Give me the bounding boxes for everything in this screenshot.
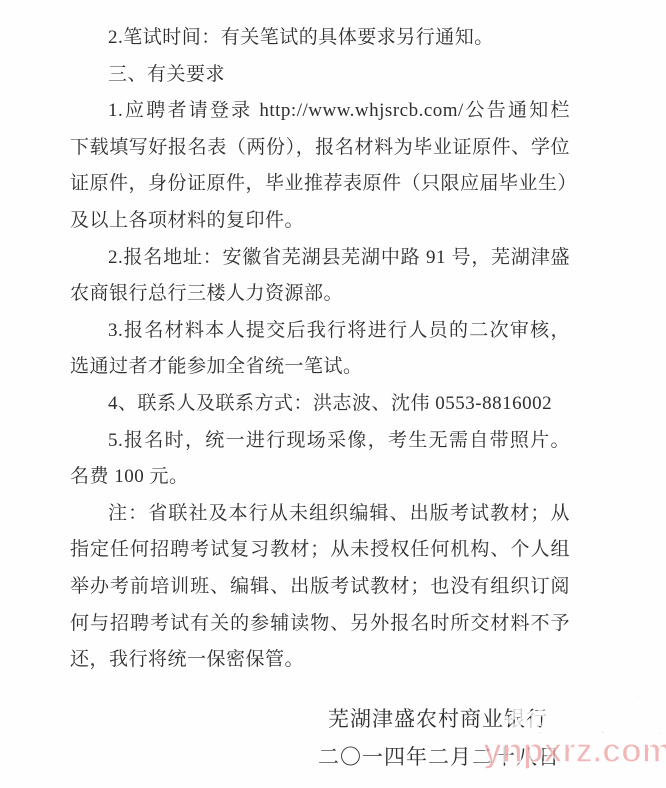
document-line: 农商银行总行三楼人力资源部。 bbox=[70, 276, 570, 313]
document-line: 证原件，身份证原件，毕业推荐表原件（只限应届毕业生） bbox=[70, 166, 570, 203]
document-line: 选通过者才能参加全省统一笔试。 bbox=[70, 349, 570, 386]
document-line: 三、有关要求 bbox=[70, 57, 570, 94]
signature-organization: 芜湖津盛农村商业银行 bbox=[0, 703, 666, 733]
document-line: 举办考前培训班、编辑、出版考试教材；也没有组织订阅任 bbox=[70, 569, 570, 606]
document-body: 2.笔试时间：有关笔试的具体要求另行通知。三、有关要求1.应聘者请登录 http… bbox=[70, 20, 570, 679]
document-line: 指定任何招聘考试复习教材；从未授权任何机构、个人组织 bbox=[70, 532, 570, 569]
document-line: 名费 100 元。 bbox=[70, 459, 570, 496]
document-line: 2.笔试时间：有关笔试的具体要求另行通知。 bbox=[70, 20, 570, 57]
document-line: 何与招聘考试有关的参辅读物、另外报名时所交材料不予退 bbox=[70, 606, 570, 643]
document-line: 及以上各项材料的复印件。 bbox=[70, 203, 570, 240]
document-page: 2.笔试时间：有关笔试的具体要求另行通知。三、有关要求1.应聘者请登录 http… bbox=[0, 0, 666, 788]
document-line: 2.报名地址：安徽省芜湖县芜湖中路 91 号，芜湖津盛 bbox=[70, 240, 570, 277]
document-line: 1.应聘者请登录 http://www.whjsrcb.com/公告通知栏 bbox=[70, 93, 570, 130]
document-line: 5.报名时，统一进行现场采像，考生无需自带照片。报 bbox=[70, 423, 570, 460]
document-line: 下载填写好报名表（两份），报名材料为毕业证原件、学位 bbox=[70, 130, 570, 167]
document-line: 4、联系人及联系方式：洪志波、沈伟 0553-8816002 bbox=[70, 386, 570, 423]
document-line: 3.报名材料本人提交后我行将进行人员的二次审核，初 bbox=[70, 313, 570, 350]
document-line: 注：省联社及本行从未组织编辑、出版考试教材；从未 bbox=[70, 496, 570, 533]
signature-date: 二〇一四年二月二十八日 bbox=[0, 741, 666, 771]
document-line: 还，我行将统一保密保管。 bbox=[70, 642, 570, 679]
